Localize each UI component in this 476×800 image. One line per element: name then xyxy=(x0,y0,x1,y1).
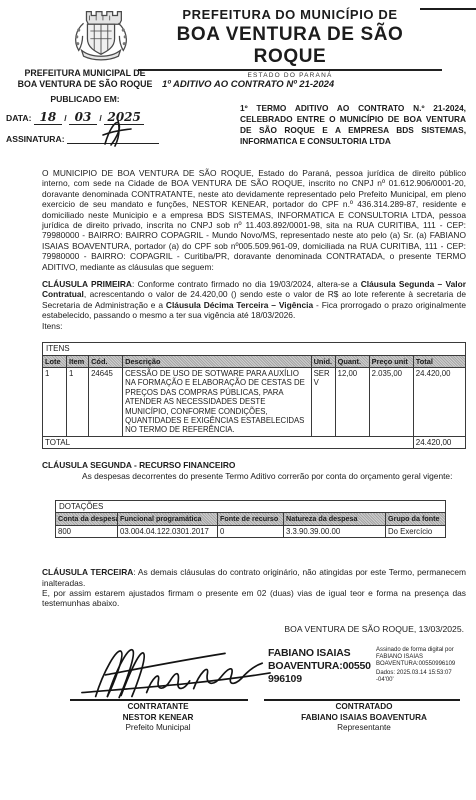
dotacoes-table-title: DOTAÇÕES xyxy=(56,500,446,512)
handwritten-initial-icon xyxy=(95,117,141,149)
col-header-fonte: Fonte de recurso xyxy=(218,513,284,525)
col-header-descricao: Descrição xyxy=(123,355,311,367)
itens-table-title: ITENS xyxy=(43,343,466,355)
dotacoes-data-row: 800 03.004.04.122.0301.2017 0 3.3.90.39.… xyxy=(56,525,446,537)
handwritten-signature-icon xyxy=(78,641,274,705)
cell-unid: SERV xyxy=(311,367,335,436)
clause-1-bold-vigencia: Cláusula Décima Terceira – Vigência xyxy=(166,300,313,310)
cell-natureza: 3.3.90.39.00.00 xyxy=(284,525,386,537)
col-header-funcional: Funcional programática xyxy=(118,513,218,525)
col-header-natureza: Natureza da despesa xyxy=(284,513,386,525)
stamp-org-line1: PREFEITURA MUNICIPAL DE xyxy=(6,68,164,79)
signer-title-representante: Representante xyxy=(254,723,474,734)
date-label: DATA: xyxy=(6,113,31,123)
col-header-cod: Cód. xyxy=(89,355,123,367)
letterhead-line1: PREFEITURA DO MUNICÍPIO DE xyxy=(138,7,442,22)
digital-note-line1: Assinado de forma digital por FABIANO IS… xyxy=(376,647,466,668)
dotacoes-header-row: Conta da despesa Funcional programática … xyxy=(56,513,446,525)
clause-1-paragraph: CLÁUSULA PRIMEIRA: Conforme contrato fir… xyxy=(42,279,466,321)
signer-name-fabiano: FABIANO ISAIAS BOAVENTURA xyxy=(254,713,474,724)
clause-3-paragraph2: E, por assim estarem ajustados firmam o … xyxy=(42,588,466,609)
cell-funcional: 03.004.04.122.0301.2017 xyxy=(118,525,218,537)
document-page: PREFEITURA DO MUNICÍPIO DE BOA VENTURA D… xyxy=(0,0,476,800)
cell-quant: 12,00 xyxy=(335,367,369,436)
itens-table: ITENS Lote Item Cód. Descrição Unid. Qua… xyxy=(42,342,466,449)
closing-place-date: BOA VENTURA DE SÃO ROQUE, 13/03/2025. xyxy=(42,624,466,634)
digital-signature-id: FABIANO ISAIAS BOAVENTURA:00550996109 xyxy=(268,647,372,686)
col-header-lote: Lote xyxy=(43,355,67,367)
publication-stamp: PREFEITURA MUNICIPAL DE BOA VENTURA DE S… xyxy=(6,68,164,144)
itens-data-row: 1 1 24645 CESSÃO DE USO DE SOTWARE PARA … xyxy=(43,367,466,436)
digital-note-line2: Dados: 2025.03.14 15:53:07 -04'00' xyxy=(376,670,466,684)
cell-preco: 2.035,00 xyxy=(369,367,413,436)
clause-1-label: CLÁUSULA PRIMEIRA xyxy=(42,279,132,289)
role-label-contratado: CONTRATADO xyxy=(254,702,474,713)
opening-paragraph: O MUNICIPIO DE BOA VENTURA DE SÃO ROQUE,… xyxy=(42,168,466,272)
signature-line xyxy=(70,699,248,701)
itens-header-row: Lote Item Cód. Descrição Unid. Quant. Pr… xyxy=(43,355,466,367)
preamble-paragraph: 1º TERMO ADITIVO AO CONTRATO N.º 21-2024… xyxy=(240,103,466,147)
cell-cod: 24645 xyxy=(89,367,123,436)
letterhead: PREFEITURA DO MUNICÍPIO DE BOA VENTURA D… xyxy=(138,7,442,79)
signer-title-prefeito: Prefeito Municipal xyxy=(56,723,260,734)
col-header-unid: Unid. xyxy=(311,355,335,367)
col-header-quant: Quant. xyxy=(335,355,369,367)
cell-grupo: Do Exercício xyxy=(386,525,446,537)
digital-signature-note: Assinado de forma digital por FABIANO IS… xyxy=(376,647,466,686)
handwritten-month: 03 xyxy=(75,110,92,124)
signature-line xyxy=(264,699,460,701)
signature-area: CONTRATANTE NESTOR KENEAR Prefeito Munic… xyxy=(42,637,466,737)
col-header-item: Item xyxy=(67,355,89,367)
cell-total: 24.420,00 xyxy=(413,367,465,436)
document-title: 1º ADITIVO AO CONTRATO Nº 21-2024 xyxy=(162,79,334,90)
clause-2-paragraph: As despesas decorrentes do presente Term… xyxy=(42,471,466,481)
letterhead-municipality: BOA VENTURA DE SÃO ROQUE xyxy=(138,24,442,71)
document-body: O MUNICIPIO DE BOA VENTURA DE SÃO ROQUE,… xyxy=(42,168,466,737)
clause-3-paragraph: CLÁUSULA TERCEIRA: As demais cláusulas d… xyxy=(42,567,466,588)
stamp-org-line2: BOA VENTURA DE SÃO ROQUE xyxy=(6,79,164,90)
cell-item: 1 xyxy=(67,367,89,436)
letterhead-state: ESTADO DO PARANÁ xyxy=(138,72,442,79)
digital-signature-block: FABIANO ISAIAS BOAVENTURA:00550996109 As… xyxy=(268,647,466,686)
clause-2-heading: CLÁUSULA SEGUNDA - RECURSO FINANCEIRO xyxy=(42,460,466,470)
col-header-preco: Preço unit xyxy=(369,355,413,367)
signature-block-contratado: FABIANO ISAIAS BOAVENTURA:00550996109 As… xyxy=(246,637,466,737)
cell-lote: 1 xyxy=(43,367,67,436)
dotacoes-table: DOTAÇÕES Conta da despesa Funcional prog… xyxy=(55,500,446,538)
itens-label: Itens: xyxy=(42,321,466,331)
total-label: TOTAL xyxy=(43,436,414,448)
signer-name-nestor: NESTOR KENEAR xyxy=(56,713,260,724)
published-label: PUBLICADO EM: xyxy=(6,94,164,104)
cell-conta: 800 xyxy=(56,525,118,537)
municipal-coat-of-arms-icon xyxy=(70,3,132,66)
cell-descricao: CESSÃO DE USO DE SOTWARE PARA AUXÍLIO NA… xyxy=(123,367,311,436)
cell-fonte: 0 xyxy=(218,525,284,537)
signature-label: ASSINATURA: xyxy=(6,134,65,144)
col-header-conta: Conta da despesa xyxy=(56,513,118,525)
handwritten-day: 18 xyxy=(39,110,56,124)
signature-block-contratante: CONTRATANTE NESTOR KENEAR Prefeito Munic… xyxy=(42,637,246,737)
clause-1-text: : Conforme contrato firmado no dia 19/03… xyxy=(132,279,361,289)
itens-total-row: TOTAL 24.420,00 xyxy=(43,436,466,448)
role-label-contratante: CONTRATANTE xyxy=(56,702,260,713)
scan-artifact xyxy=(420,8,476,10)
col-header-total: Total xyxy=(413,355,465,367)
total-value: 24.420,00 xyxy=(413,436,465,448)
stamp-signature-row: ASSINATURA: xyxy=(6,131,164,144)
clause-3-label: CLÁUSULA TERCEIRA xyxy=(42,567,133,577)
col-header-grupo: Grupo da fonte xyxy=(386,513,446,525)
